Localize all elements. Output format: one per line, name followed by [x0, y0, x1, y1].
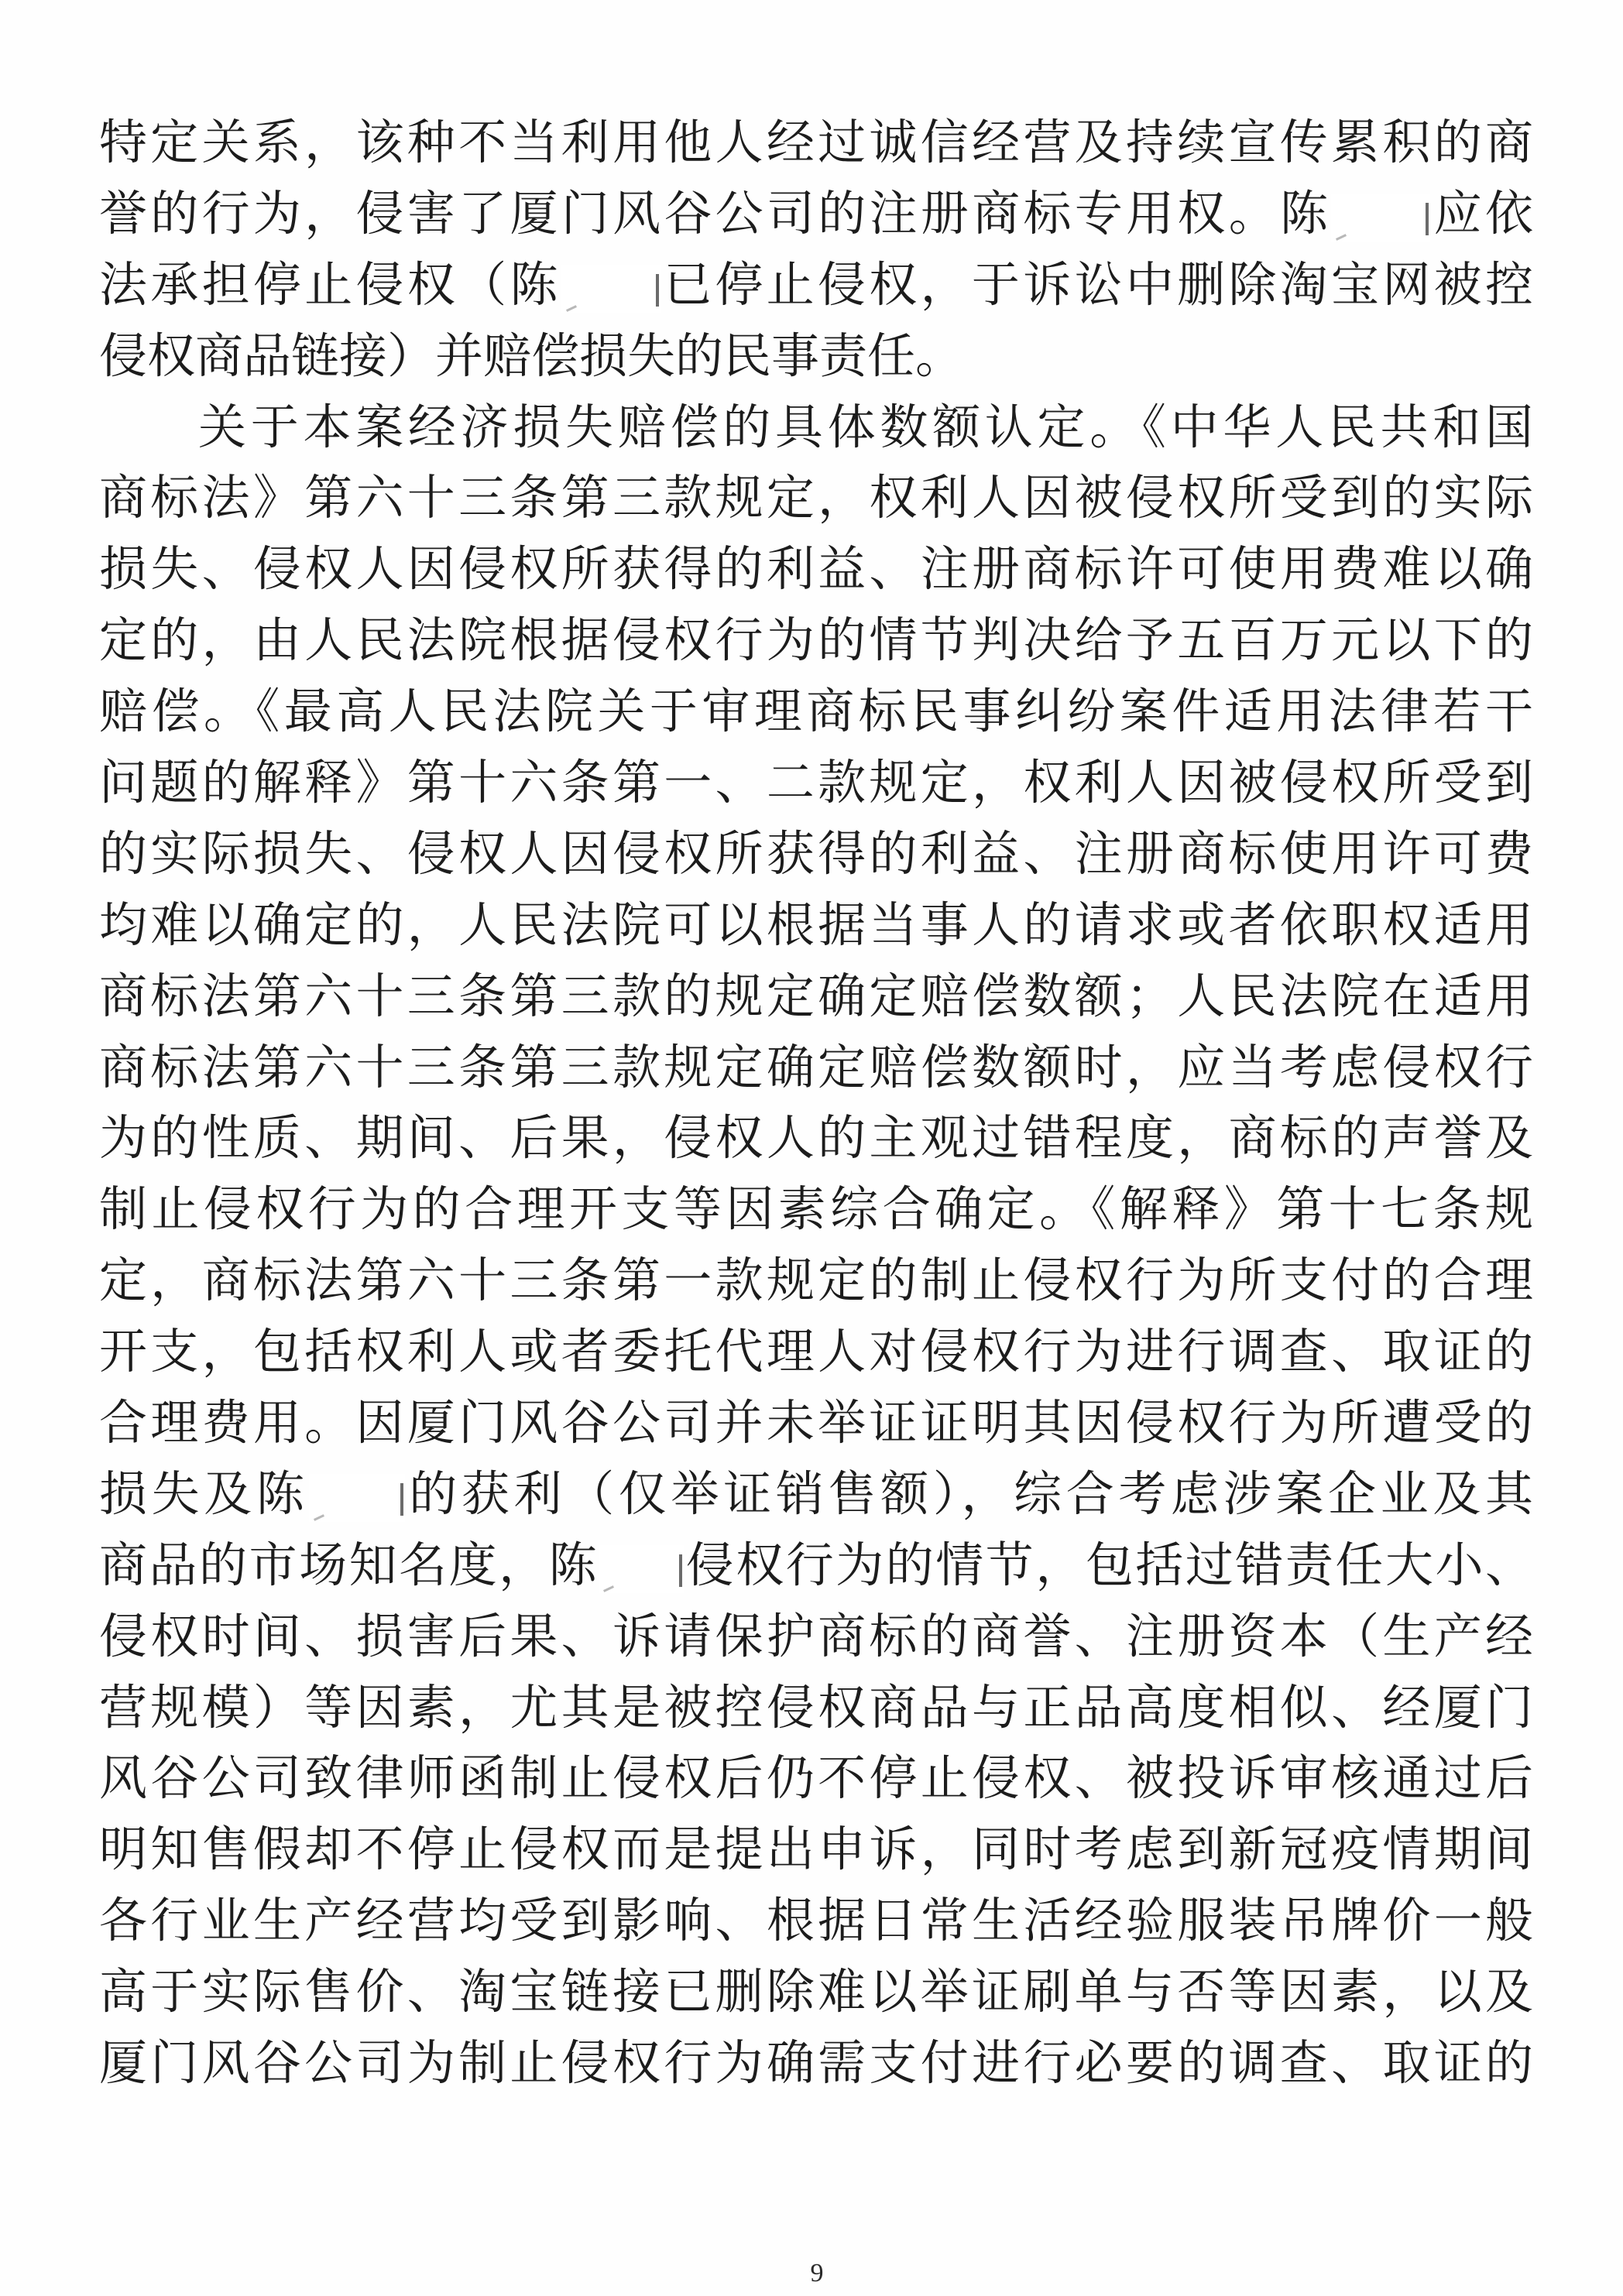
- line-text: 侵权商品链接）并赔偿损失的民事责任。: [99, 327, 963, 384]
- line-text: 各行业生产经营均受到影响、根据日常生活经验服装吊牌价一般: [99, 1892, 1533, 1948]
- line-text: 问题的解释》第十六条第一、二款规定，权利人因被侵权所受到: [99, 754, 1533, 810]
- line-text: 的获利（仅举证销售额），综合考虑涉案企业及其: [405, 1465, 1533, 1522]
- line-text: 为的性质、期间、后果，侵权人的主观过错程度，商标的声誉及: [99, 1109, 1533, 1166]
- redaction-box: [309, 1474, 405, 1522]
- redaction-residue-mark: [603, 1585, 614, 1592]
- redaction-residue-mark: [566, 305, 577, 312]
- line-text: 商标法》第六十三条第三款规定，权利人因被侵权所受到的实际: [99, 469, 1533, 526]
- text-line-5-paragraph-start: 关于本案经济损失赔偿的具体数额认定。《中华人民共和国: [99, 392, 1533, 463]
- line-text: 开支，包括权利人或者委托代理人对侵权行为进行调查、取证的: [99, 1323, 1533, 1379]
- text-line-22: 侵权时间、损害后果、诉请保护商标的商誉、注册资本（生产经: [99, 1601, 1533, 1672]
- redaction-residue-mark: [1336, 234, 1347, 241]
- line-text: 誉的行为，侵害了厦门风谷公司的注册商标专用权。陈: [99, 185, 1331, 242]
- line-text: 特定关系，该种不当利用他人经过诚信经营及持续宣传累积的商: [99, 114, 1533, 170]
- line-text: 商标法第六十三条第三款规定确定赔偿数额时，应当考虑侵权行: [99, 1039, 1533, 1095]
- line-text: 风谷公司致律师函制止侵权后仍不停止侵权、被投诉审核通过后: [99, 1749, 1533, 1806]
- text-line-16: 制止侵权行为的合理开支等因素综合确定。《解释》第十七条规: [99, 1174, 1533, 1245]
- redaction-residue-mark: [314, 1514, 324, 1521]
- line-text: 定的，由人民法院根据侵权行为的情节判决给予五百万元以下的: [99, 612, 1533, 668]
- line-text: 侵权时间、损害后果、诉请保护商标的商誉、注册资本（生产经: [99, 1608, 1533, 1664]
- text-line-25: 明知售假却不停止侵权而是提出申诉，同时考虑到新冠疫情期间: [99, 1814, 1533, 1885]
- line-text: 制止侵权行为的合理开支等因素综合确定。《解释》第十七条规: [99, 1181, 1533, 1237]
- text-line-26: 各行业生产经营均受到影响、根据日常生活经验服装吊牌价一般: [99, 1885, 1533, 1956]
- page-number: 9: [805, 2259, 829, 2288]
- line-text: 侵权行为的情节，包括过错责任大小、: [684, 1537, 1533, 1593]
- line-text: 厦门风谷公司为制止侵权行为确需支付进行必要的调查、取证的: [99, 2034, 1533, 2091]
- line-text: 已停止侵权，于诉讼中删除淘宝网被控: [661, 256, 1533, 313]
- text-line-8: 定的，由人民法院根据侵权行为的情节判决给予五百万元以下的: [99, 605, 1533, 676]
- text-line-21: 商品的市场知名度，陈侵权行为的情节，包括过错责任大小、: [99, 1530, 1533, 1601]
- text-line-13: 商标法第六十三条第三款的规定确定赔偿数额；人民法院在适用: [99, 961, 1533, 1032]
- text-line-18: 开支，包括权利人或者委托代理人对侵权行为进行调查、取证的: [99, 1316, 1533, 1387]
- text-line-7: 损失、侵权人因侵权所获得的利益、注册商标许可使用费难以确: [99, 533, 1533, 605]
- line-text: 商品的市场知名度，陈: [99, 1537, 599, 1593]
- line-text: 关于本案经济损失赔偿的具体数额认定。《中华人民共和国: [198, 399, 1533, 455]
- text-line-15: 为的性质、期间、后果，侵权人的主观过错程度，商标的声誉及: [99, 1102, 1533, 1174]
- redaction-residue-edge: [400, 1483, 403, 1516]
- line-text: 合理费用。因厦门风谷公司并未举证证明其因侵权行为所遭受的: [99, 1394, 1533, 1451]
- line-text: 损失、侵权人因侵权所获得的利益、注册商标许可使用费难以确: [99, 540, 1533, 597]
- redaction-box: [561, 265, 661, 313]
- text-line-14: 商标法第六十三条第三款规定确定赔偿数额时，应当考虑侵权行: [99, 1032, 1533, 1103]
- line-text: 的实际损失、侵权人因侵权所获得的利益、注册商标使用许可费: [99, 825, 1533, 882]
- text-line-28: 厦门风谷公司为制止侵权行为确需支付进行必要的调查、取证的: [99, 2027, 1533, 2099]
- line-text: 明知售假却不停止侵权而是提出申诉，同时考虑到新冠疫情期间: [99, 1821, 1533, 1877]
- line-text: 法承担停止侵权（陈: [99, 256, 561, 313]
- redaction-residue-edge: [679, 1554, 682, 1587]
- text-line-6: 商标法》第六十三条第三款规定，权利人因被侵权所受到的实际: [99, 462, 1533, 533]
- redaction-residue-edge: [656, 274, 659, 307]
- redaction-box: [599, 1545, 684, 1593]
- line-text: 营规模）等因素，尤其是被控侵权商品与正品高度相似、经厦门: [99, 1679, 1533, 1736]
- text-line-27: 高于实际售价、淘宝链接已删除难以举证刷单与否等因素，以及: [99, 1956, 1533, 2027]
- text-line-1: 特定关系，该种不当利用他人经过诚信经营及持续宣传累积的商: [99, 107, 1533, 178]
- text-line-12: 均难以确定的，人民法院可以根据当事人的请求或者依职权适用: [99, 889, 1533, 961]
- text-line-4: 侵权商品链接）并赔偿损失的民事责任。: [99, 320, 1533, 392]
- text-line-20: 损失及陈的获利（仅举证销售额），综合考虑涉案企业及其: [99, 1458, 1533, 1530]
- line-text: 损失及陈: [99, 1465, 309, 1522]
- line-text: 赔偿。《最高人民法院关于审理商标民事纠纷案件适用法律若干: [99, 683, 1533, 739]
- text-line-9: 赔偿。《最高人民法院关于审理商标民事纠纷案件适用法律若干: [99, 676, 1533, 747]
- redaction-residue-edge: [1426, 203, 1429, 235]
- line-text: 高于实际售价、淘宝链接已删除难以举证刷单与否等因素，以及: [99, 1963, 1533, 2020]
- text-line-2: 誉的行为，侵害了厦门风谷公司的注册商标专用权。陈应依: [99, 178, 1533, 249]
- text-line-10: 问题的解释》第十六条第一、二款规定，权利人因被侵权所受到: [99, 747, 1533, 818]
- line-text: 应依: [1430, 185, 1533, 242]
- line-text: 均难以确定的，人民法院可以根据当事人的请求或者依职权适用: [99, 896, 1533, 953]
- text-line-3: 法承担停止侵权（陈已停止侵权，于诉讼中删除淘宝网被控: [99, 249, 1533, 320]
- judgment-body-text: 特定关系，该种不当利用他人经过诚信经营及持续宣传累积的商 誉的行为，侵害了厦门风…: [99, 107, 1533, 2099]
- line-text: 商标法第六十三条第三款的规定确定赔偿数额；人民法院在适用: [99, 968, 1533, 1024]
- text-line-11: 的实际损失、侵权人因侵权所获得的利益、注册商标使用许可费: [99, 818, 1533, 889]
- text-line-17: 定，商标法第六十三条第一款规定的制止侵权行为所支付的合理: [99, 1245, 1533, 1316]
- text-line-19: 合理费用。因厦门风谷公司并未举证证明其因侵权行为所遭受的: [99, 1387, 1533, 1458]
- text-line-23: 营规模）等因素，尤其是被控侵权商品与正品高度相似、经厦门: [99, 1672, 1533, 1743]
- document-page: 特定关系，该种不当利用他人经过诚信经营及持续宣传累积的商 誉的行为，侵害了厦门风…: [0, 0, 1623, 2296]
- text-line-24: 风谷公司致律师函制止侵权后仍不停止侵权、被投诉审核通过后: [99, 1743, 1533, 1814]
- redaction-box: [1331, 194, 1430, 242]
- line-text: 定，商标法第六十三条第一款规定的制止侵权行为所支付的合理: [99, 1252, 1533, 1308]
